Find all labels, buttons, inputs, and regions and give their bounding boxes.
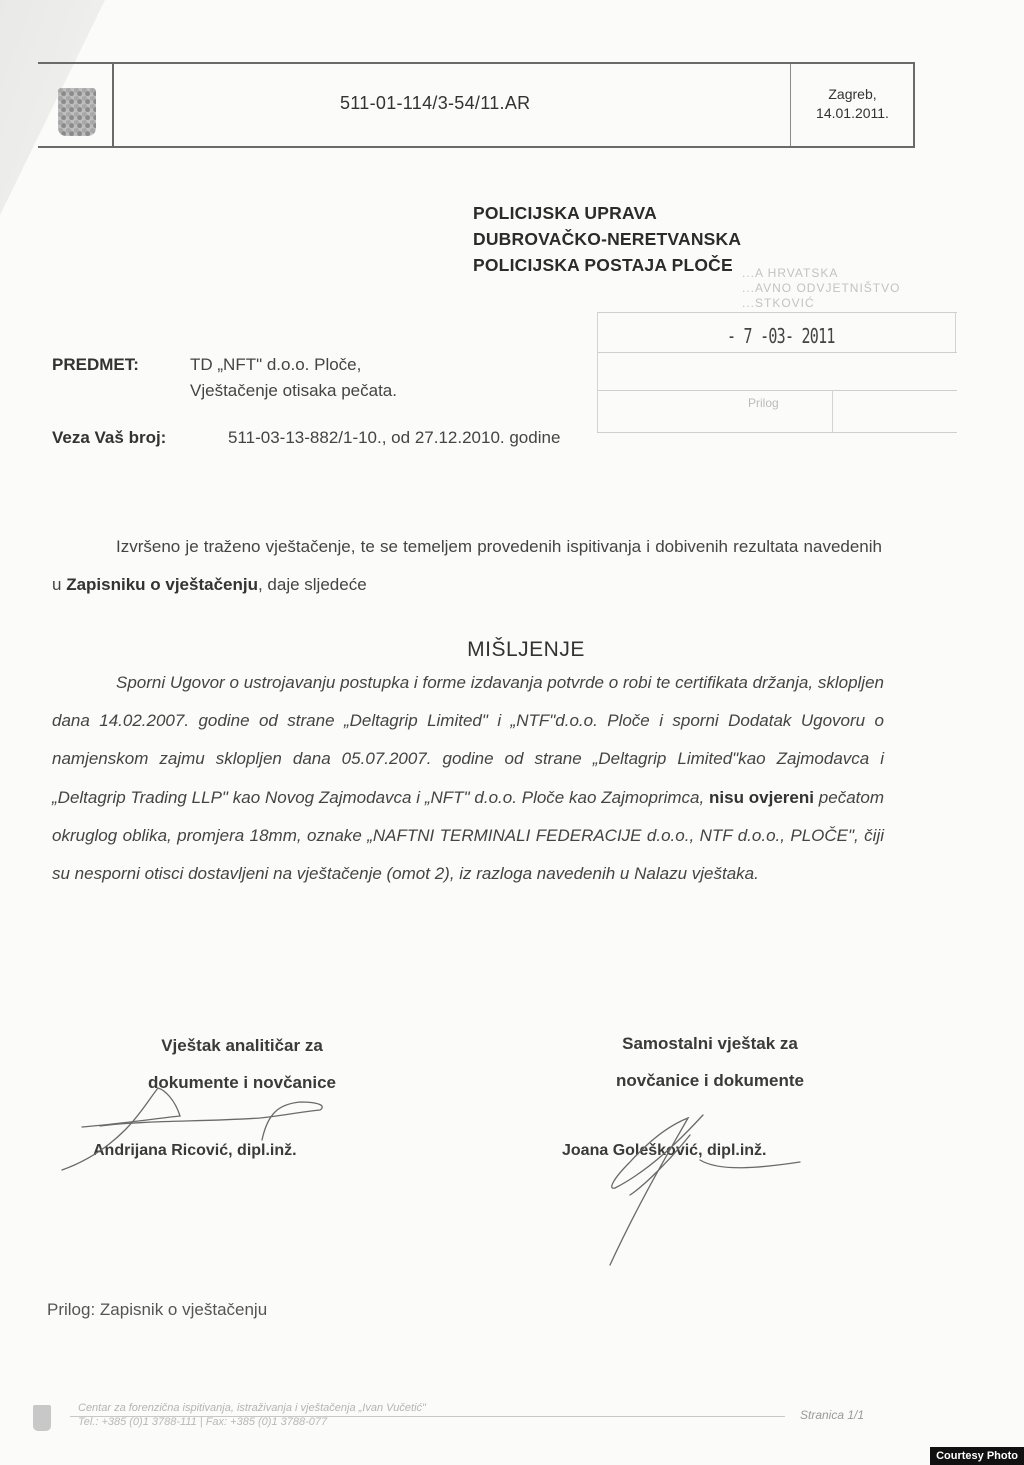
signature-right-icon	[610, 1115, 703, 1265]
subject-label: PREDMET:	[52, 355, 139, 375]
photo-credit: Courtesy Photo	[930, 1447, 1024, 1465]
stamp-received-date: - 7 -03- 2011	[727, 324, 835, 348]
signer-title: dokumente i novčanice	[72, 1064, 412, 1101]
stamp-line	[597, 312, 957, 313]
stamp-attachment-label: Prilog	[748, 396, 779, 410]
footer-institution: Centar za forenzična ispitivanja, istraž…	[78, 1402, 426, 1414]
recipient-line: DUBROVAČKO-NERETVANSKA	[473, 226, 741, 252]
recipient-line: POLICIJSKA UPRAVA	[473, 200, 741, 226]
reference-value: 511-03-13-882/1-10., od 27.12.2010. godi…	[228, 428, 560, 448]
footer-crest-icon	[33, 1405, 51, 1431]
footer-contact: Tel.: +385 (0)1 3788-111 | Fax: +385 (0)…	[78, 1416, 327, 1428]
intro-bold: Zapisniku o vještačenju	[66, 575, 258, 594]
date: 14.01.2011.	[790, 104, 915, 123]
opinion-paragraph: Sporni Ugovor o ustrojavanju postupka i …	[52, 664, 884, 893]
attachment-note: Prilog: Zapisnik o vještačenju	[47, 1300, 267, 1320]
header-divider	[112, 64, 114, 146]
subject-line: TD „NFT" d.o.o. Ploče,	[190, 355, 361, 375]
coat-of-arms-icon	[58, 88, 96, 136]
place: Zagreb,	[790, 85, 915, 104]
stamp-line	[597, 390, 957, 391]
subject-line: Vještačenje otisaka pečata.	[190, 381, 397, 401]
signature-block-right: Samostalni vještak za novčanice i dokume…	[540, 1025, 880, 1099]
signer-title: Samostalni vještak za	[540, 1025, 880, 1062]
receipt-stamp-header: ...A HRVATSKA ...AVNO ODVJETNIŠTVO ...ST…	[742, 266, 900, 311]
opinion-bold: nisu ovjereni	[709, 788, 814, 807]
reference-number: 511-01-114/3-54/11.AR	[340, 93, 530, 114]
stamp-line	[597, 432, 957, 433]
stamp-line	[597, 312, 598, 432]
stamp-line	[597, 352, 957, 353]
signer-name-left: Andrijana Ricović, dipl.inž.	[93, 1142, 297, 1160]
signature-block-left: Vještak analitičar za dokumente i novčan…	[72, 1027, 412, 1101]
opinion-title: MIŠLJENJE	[0, 638, 1024, 662]
signer-title: novčanice i dokumente	[540, 1062, 880, 1099]
place-date: Zagreb, 14.01.2011.	[790, 85, 915, 123]
recipient-line: POLICIJSKA POSTAJA PLOČE	[473, 252, 741, 278]
signer-name-right: Joana Golešković, dipl.inž.	[562, 1142, 767, 1160]
intro-paragraph: Izvršeno je traženo vještačenje, te se t…	[52, 528, 882, 604]
signer-title: Vještak analitičar za	[72, 1027, 412, 1064]
recipient-address: POLICIJSKA UPRAVA DUBROVAČKO-NERETVANSKA…	[473, 200, 741, 278]
stamp-line	[955, 312, 956, 352]
page-number: Stranica 1/1	[800, 1408, 864, 1422]
reference-label: Veza Vaš broj:	[52, 428, 166, 448]
stamp-line	[832, 390, 833, 432]
